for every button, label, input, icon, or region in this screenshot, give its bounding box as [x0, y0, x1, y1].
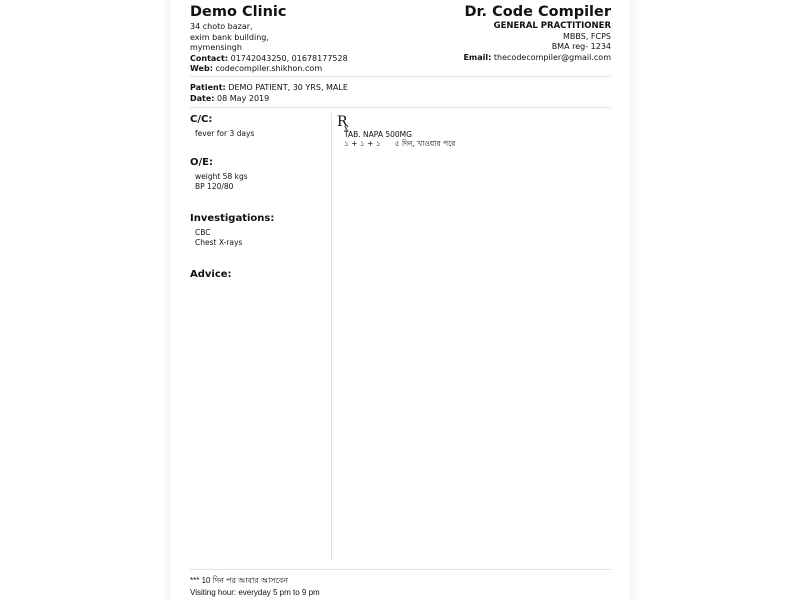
patient-info: Patient: DEMO PATIENT, 30 YRS, MALE Date…	[190, 82, 348, 104]
page-shadow-right	[630, 0, 640, 600]
prescription-area: Rx TAB. NAPA 500MG ১ + ১ + ১৫ দিন, খাওয়…	[337, 111, 455, 148]
section-title: O/E:	[190, 156, 330, 169]
section-advice: Advice:	[190, 268, 330, 281]
section-title: Investigations:	[190, 212, 330, 225]
web-label: Web:	[190, 64, 213, 73]
note-line: CBC	[195, 228, 330, 238]
doctor-degrees: MBBS, FCPS	[463, 32, 611, 43]
clinic-address-line: mymensingh	[190, 43, 348, 54]
contact-value: 01742043250, 01678177528	[231, 54, 348, 63]
clinic-name: Demo Clinic	[190, 4, 348, 21]
doctor-registration: BMA reg- 1234	[463, 42, 611, 53]
doctor-info: Dr. Code Compiler GENERAL PRACTITIONER M…	[463, 4, 611, 63]
rx-icon: Rx	[337, 115, 348, 130]
medicine-list: TAB. NAPA 500MG ১ + ১ + ১৫ দিন, খাওয়ার …	[337, 130, 455, 148]
contact-label: Contact:	[190, 54, 228, 63]
doctor-title: GENERAL PRACTITIONER	[463, 21, 611, 32]
section-title: Advice:	[190, 268, 330, 281]
date-value: 08 May 2019	[217, 94, 269, 103]
prescription-footer: *** 10 দিন পর আবার আসবেন Visiting hour: …	[190, 575, 320, 599]
medicine-dosage: ১ + ১ + ১৫ দিন, খাওয়ার পরে	[344, 139, 455, 148]
section-on-examination: O/E: weight 58 kgs BP 120/80	[190, 156, 330, 212]
clinic-web: Web: codecompiler.shikhon.com	[190, 64, 348, 75]
web-value: codecompiler.shikhon.com	[215, 64, 322, 73]
patient-divider	[190, 107, 611, 108]
section-chief-complaint: C/C: fever for 3 days	[190, 113, 330, 156]
date-line: Date: 08 May 2019	[190, 93, 348, 104]
email-value: thecodecompiler@gmail.com	[494, 53, 611, 62]
note-line: BP 120/80	[195, 182, 330, 192]
dose-schedule: ১ + ১ + ১	[344, 139, 381, 148]
patient-value: DEMO PATIENT, 30 YRS, MALE	[228, 83, 348, 92]
patient-line: Patient: DEMO PATIENT, 30 YRS, MALE	[190, 82, 348, 93]
section-body: fever for 3 days	[190, 129, 330, 139]
email-label: Email:	[463, 53, 491, 62]
note-line: Chest X-rays	[195, 238, 330, 248]
prescription-page: Demo Clinic 34 choto bazar, exim bank bu…	[170, 0, 630, 600]
note-line: fever for 3 days	[195, 129, 330, 139]
dose-instruction: ৫ দিন, খাওয়ার পরে	[395, 139, 456, 148]
doctor-name: Dr. Code Compiler	[463, 4, 611, 21]
section-title: C/C:	[190, 113, 330, 126]
page-shadow-left	[162, 0, 170, 600]
patient-label: Patient:	[190, 83, 226, 92]
medicine-name: TAB. NAPA 500MG	[344, 130, 455, 139]
followup-note: *** 10 দিন পর আবার আসবেন	[190, 575, 320, 587]
clinic-info: Demo Clinic 34 choto bazar, exim bank bu…	[190, 4, 348, 75]
column-divider	[331, 113, 332, 560]
header-divider	[190, 76, 611, 77]
clinical-notes-column: C/C: fever for 3 days O/E: weight 58 kgs…	[190, 113, 330, 299]
doctor-email: Email: thecodecompiler@gmail.com	[463, 53, 611, 64]
clinic-address-line: 34 choto bazar,	[190, 22, 348, 33]
clinic-address-line: exim bank building,	[190, 33, 348, 44]
section-body: weight 58 kgs BP 120/80	[190, 172, 330, 192]
note-line: weight 58 kgs	[195, 172, 330, 182]
section-investigations: Investigations: CBC Chest X-rays	[190, 212, 330, 268]
footer-divider	[190, 569, 611, 570]
prescription-header: Demo Clinic 34 choto bazar, exim bank bu…	[190, 4, 611, 74]
visiting-hour: Visiting hour: everyday 5 pm to 9 pm	[190, 587, 320, 599]
date-label: Date:	[190, 94, 215, 103]
clinic-contact: Contact: 01742043250, 01678177528	[190, 54, 348, 65]
section-body: CBC Chest X-rays	[190, 228, 330, 248]
rx-icon-x: x	[344, 121, 349, 136]
